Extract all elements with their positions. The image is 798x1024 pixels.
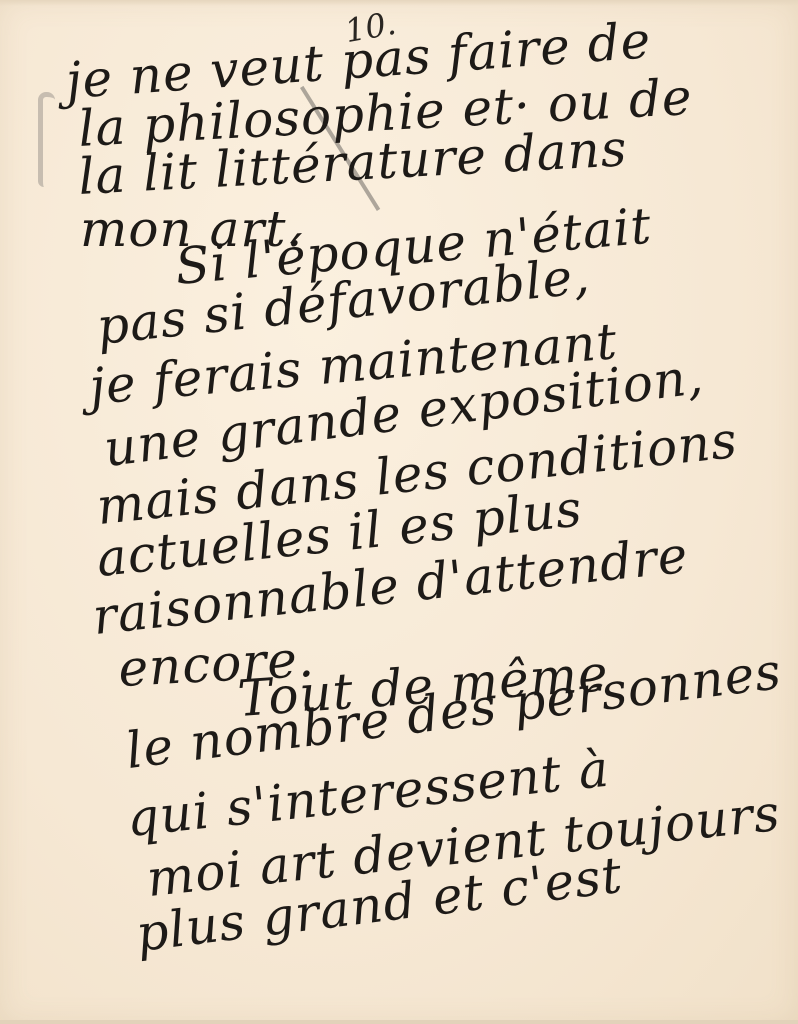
paper-edge-bottom (0, 1020, 798, 1024)
letter-page: 10. je ne veut pas faire de la philosoph… (0, 0, 798, 1024)
paper-edge-top (0, 0, 798, 6)
pencil-margin-mark (38, 92, 55, 187)
